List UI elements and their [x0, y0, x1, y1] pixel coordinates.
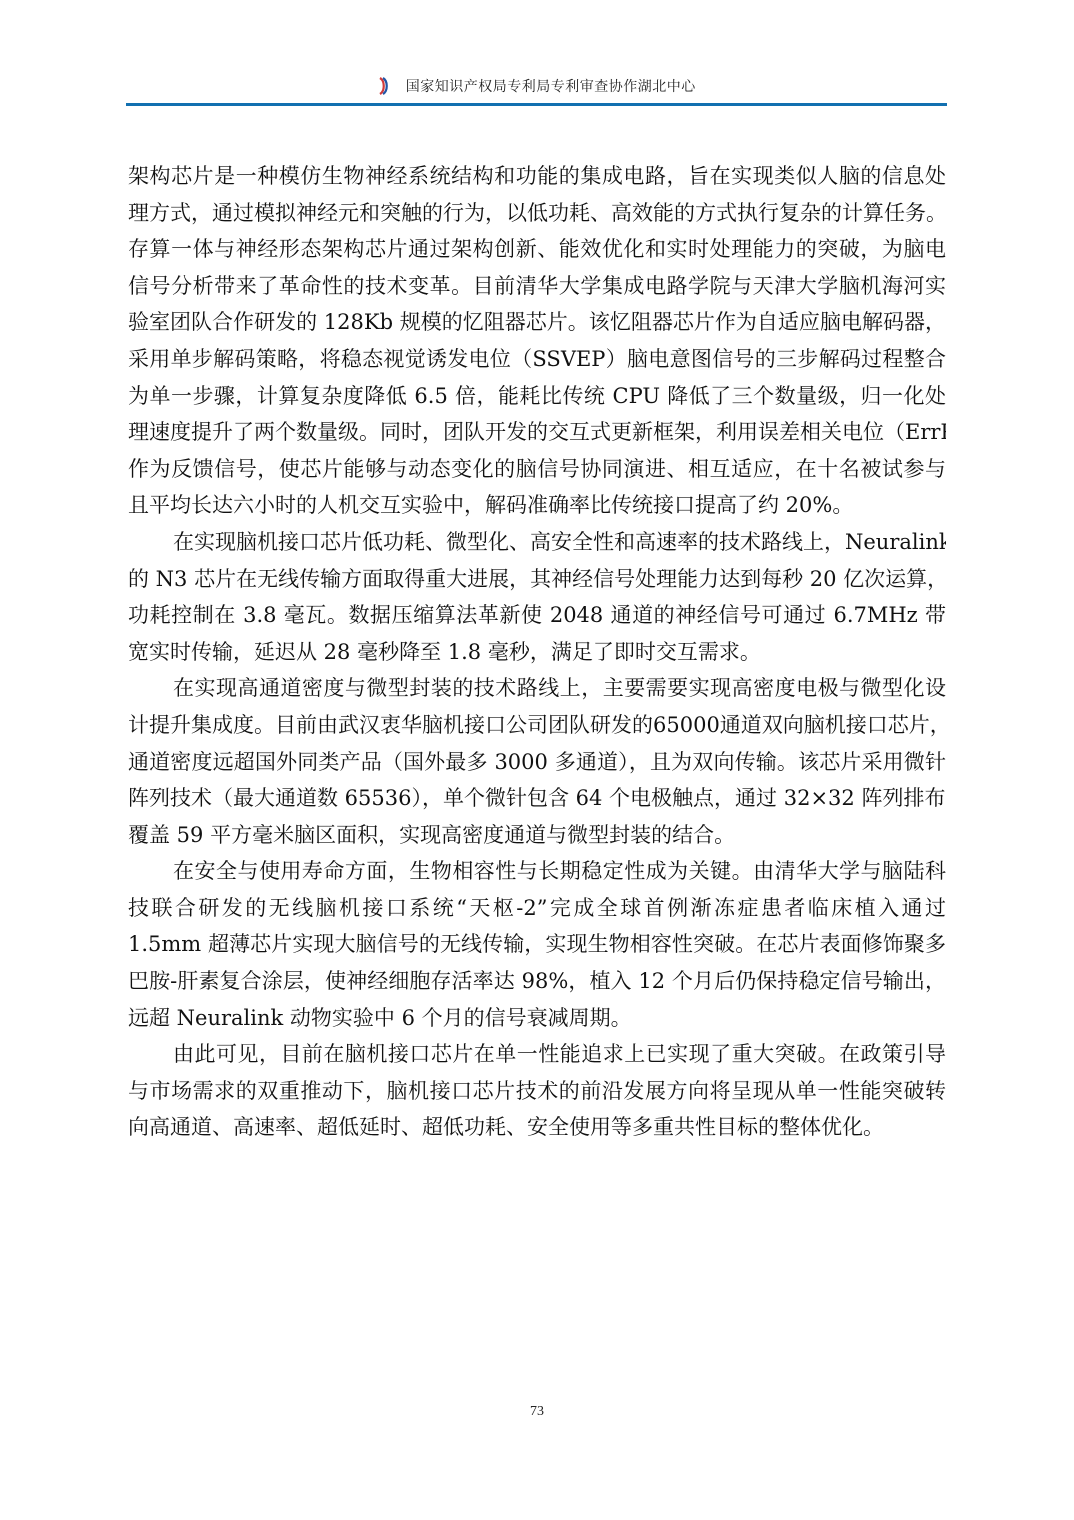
- text-line: 与市场需求的双重推动下，脑机接口芯片技术的前沿发展方向将呈现从单一性能突破转: [128, 1073, 946, 1110]
- header-divider: [126, 103, 947, 106]
- text-line: 宽实时传输，延迟从 28 毫秒降至 1.8 毫秒，满足了即时交互需求。: [128, 634, 946, 671]
- text-line: 且平均长达六小时的人机交互实验中，解码准确率比传统接口提高了约 20%。: [128, 487, 946, 524]
- text-line: 在安全与使用寿命方面，生物相容性与长期稳定性成为关键。由清华大学与脑陆科: [128, 853, 946, 890]
- text-line: 巴胺-肝素复合涂层，使神经细胞存活率达 98%，植入 12 个月后仍保持稳定信号…: [128, 963, 946, 1000]
- text-line: 在实现高通道密度与微型封装的技术路线上，主要需要实现高密度电极与微型化设: [128, 670, 946, 707]
- text-line: 向高通道、高速率、超低延时、超低功耗、安全使用等多重共性目标的整体优化。: [128, 1109, 946, 1146]
- text-line: 作为反馈信号，使芯片能够与动态变化的脑信号协同演进、相互适应，在十名被试参与: [128, 451, 946, 488]
- text-line: 为单一步骤，计算复杂度降低 6.5 倍，能耗比传统 CPU 降低了三个数量级，归…: [128, 378, 946, 415]
- text-line: 验室团队合作研发的 128Kb 规模的忆阻器芯片。该忆阻器芯片作为自适应脑电解码…: [128, 304, 946, 341]
- text-line: 理方式，通过模拟神经元和突触的行为，以低功耗、高效能的方式执行复杂的计算任务。: [128, 195, 946, 232]
- text-line: 的 N3 芯片在无线传输方面取得重大进展，其神经信号处理能力达到每秒 20 亿次…: [128, 561, 946, 598]
- text-line: 阵列技术（最大通道数 65536），单个微针包含 64 个电极触点，通过 32×…: [128, 780, 946, 817]
- text-line: 采用单步解码策略，将稳态视觉诱发电位（SSVEP）脑电意图信号的三步解码过程整合: [128, 341, 946, 378]
- text-line: 功耗控制在 3.8 毫瓦。数据压缩算法革新使 2048 通道的神经信号可通过 6…: [128, 597, 946, 634]
- text-line: 信号分析带来了革命性的技术变革。目前清华大学集成电路学院与天津大学脑机海河实: [128, 268, 946, 305]
- text-line: 理速度提升了两个数量级。同时，团队开发的交互式更新框架，利用误差相关电位（Err…: [128, 414, 946, 451]
- text-line: 远超 Neuralink 动物实验中 6 个月的信号衰减周期。: [128, 1000, 946, 1037]
- document-body: 架构芯片是一种模仿生物神经系统结构和功能的集成电路，旨在实现类似人脑的信息处 理…: [128, 158, 946, 1146]
- text-line: 通道密度远超国外同类产品（国外最多 3000 多通道），且为双向传输。该芯片采用…: [128, 744, 946, 781]
- header-title: 国家知识产权局专利局专利审查协作湖北中心: [406, 79, 696, 95]
- text-line: 由此可见，目前在脑机接口芯片在单一性能追求上已实现了重大突破。在政策引导: [128, 1036, 946, 1073]
- text-line: 架构芯片是一种模仿生物神经系统结构和功能的集成电路，旨在实现类似人脑的信息处: [128, 158, 946, 195]
- page-header: 国家知识产权局专利局专利审查协作湖北中心: [126, 70, 947, 110]
- text-line: 覆盖 59 平方毫米脑区面积，实现高密度通道与微型封装的结合。: [128, 817, 946, 854]
- text-line: 1.5mm 超薄芯片实现大脑信号的无线传输，实现生物相容性突破。在芯片表面修饰聚…: [128, 926, 946, 963]
- organization-logo-icon: [377, 77, 389, 95]
- page-number: 73: [0, 1404, 1074, 1420]
- text-line: 存算一体与神经形态架构芯片通过架构创新、能效优化和实时处理能力的突破，为脑电: [128, 231, 946, 268]
- text-line: 技联合研发的无线脑机接口系统“天枢-2”完成全球首例渐冻症患者临床植入通过: [128, 890, 946, 927]
- text-line: 计提升集成度。目前由武汉衷华脑机接口公司团队研发的65000通道双向脑机接口芯片…: [128, 707, 946, 744]
- header-title-row: 国家知识产权局专利局专利审查协作湖北中心: [126, 76, 947, 96]
- text-line: 在实现脑机接口芯片低功耗、微型化、高安全性和高速率的技术路线上，Neuralin…: [128, 524, 946, 561]
